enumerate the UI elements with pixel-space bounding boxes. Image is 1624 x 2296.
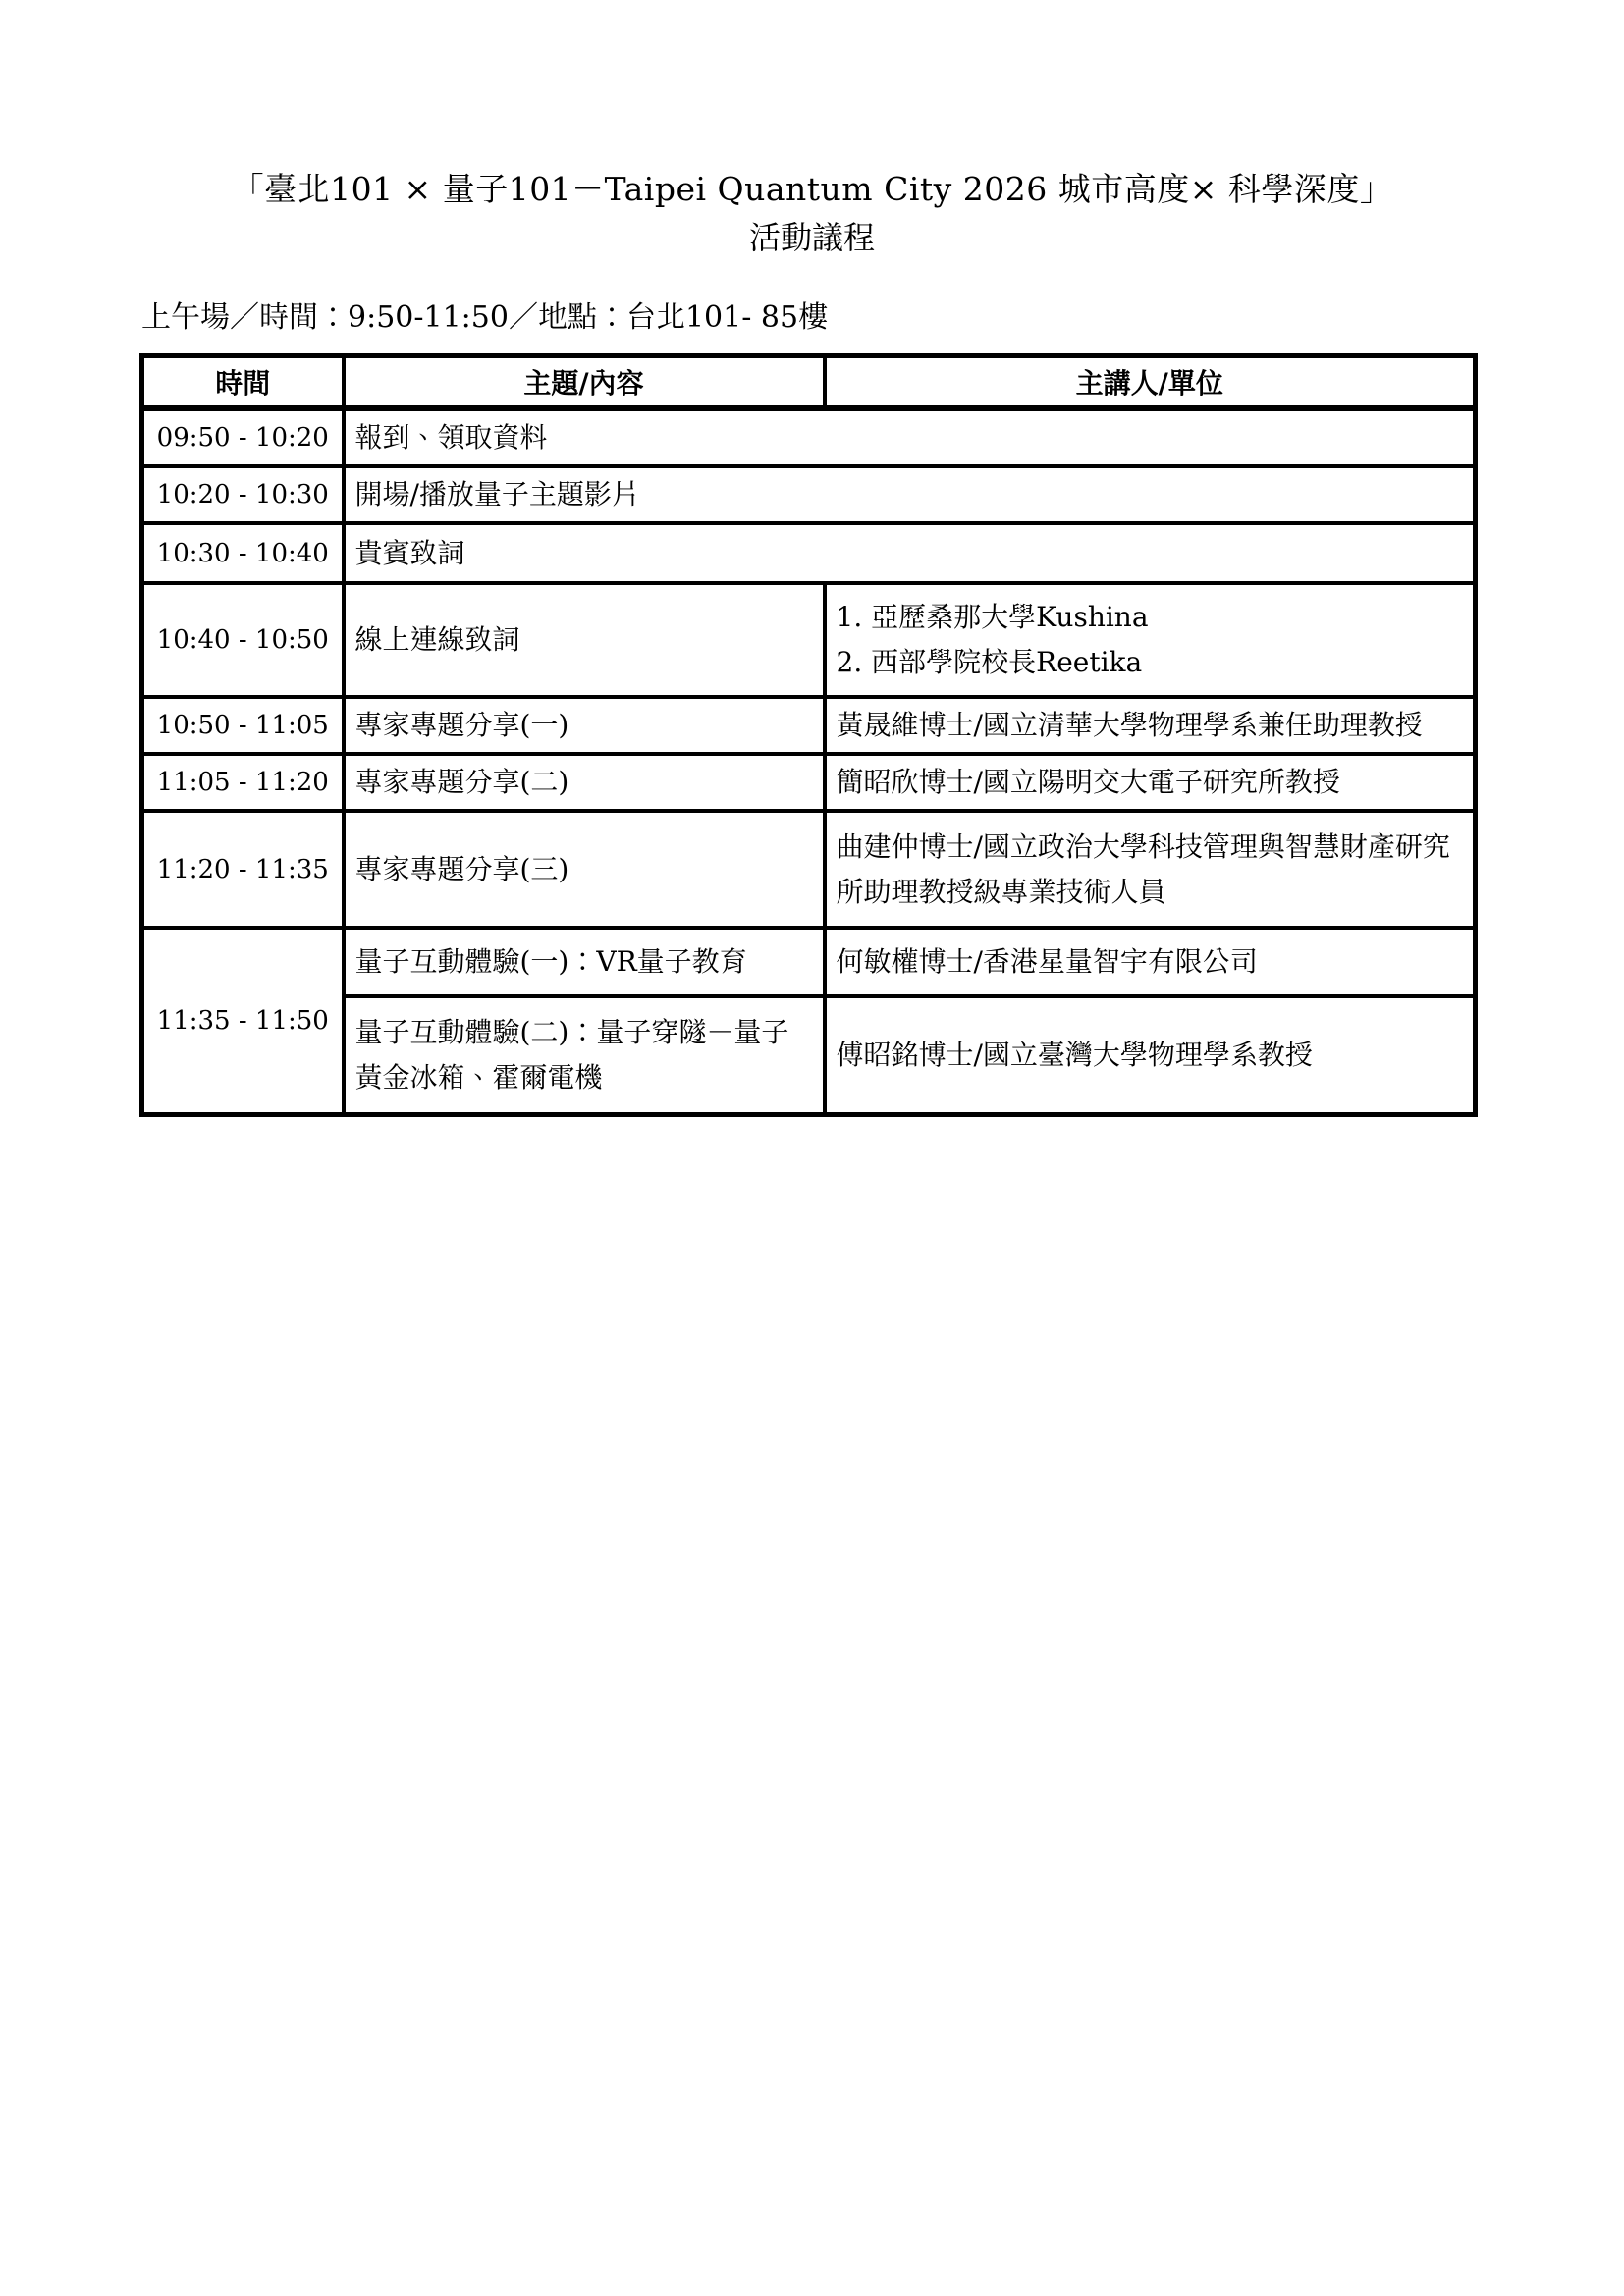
speaker-cell: 曲建仲博士/國立政治大學科技管理與智慧財產研究所助理教授級專業技術人員	[825, 811, 1476, 928]
speaker-cell: 傅昭銘博士/國立臺灣大學物理學系教授	[825, 996, 1476, 1114]
topic-cell: 線上連線致詞	[344, 583, 825, 697]
document-page: 「臺北101 × 量子101－Taipei Quantum City 2026 …	[0, 0, 1624, 2296]
topic-cell: 專家專題分享(一)	[344, 697, 825, 754]
speaker-cell: 黃晟維博士/國立清華大學物理學系兼任助理教授	[825, 697, 1476, 754]
speaker-cell: 何敏權博士/香港星量智宇有限公司	[825, 928, 1476, 996]
speaker-cell: 簡昭欣博士/國立陽明交大電子研究所教授	[825, 754, 1476, 811]
topic-cell: 貴賓致詞	[344, 523, 1476, 583]
page-subtitle: 活動議程	[0, 216, 1624, 259]
topic-cell: 專家專題分享(二)	[344, 754, 825, 811]
topic-cell: 量子互動體驗(二)：量子穿隧－量子黃金冰箱、霍爾電機	[344, 996, 825, 1114]
table-row: 10:40 - 10:50 線上連線致詞 1. 亞歷桑那大學Kushina 2.…	[142, 583, 1476, 697]
topic-cell: 量子互動體驗(一)：VR量子教育	[344, 928, 825, 996]
table-row: 10:20 - 10:30 開場/播放量子主題影片	[142, 466, 1476, 523]
table-row: 10:50 - 11:05 專家專題分享(一) 黃晟維博士/國立清華大學物理學系…	[142, 697, 1476, 754]
time-cell: 10:30 - 10:40	[142, 523, 344, 583]
table-row: 11:35 - 11:50 量子互動體驗(一)：VR量子教育 何敏權博士/香港星…	[142, 928, 1476, 996]
agenda-table: 時間 主題/內容 主講人/單位 09:50 - 10:20 報到、領取資料 10…	[139, 353, 1478, 1117]
table-row: 11:05 - 11:20 專家專題分享(二) 簡昭欣博士/國立陽明交大電子研究…	[142, 754, 1476, 811]
column-header-topic: 主題/內容	[344, 356, 825, 409]
time-cell: 09:50 - 10:20	[142, 408, 344, 466]
topic-cell: 專家專題分享(三)	[344, 811, 825, 928]
speaker-line-2: 2. 西部學院校長Reetika	[837, 640, 1464, 685]
time-cell: 10:20 - 10:30	[142, 466, 344, 523]
time-cell: 10:50 - 11:05	[142, 697, 344, 754]
speaker-cell: 1. 亞歷桑那大學Kushina 2. 西部學院校長Reetika	[825, 583, 1476, 697]
time-cell: 11:20 - 11:35	[142, 811, 344, 928]
table-row: 09:50 - 10:20 報到、領取資料	[142, 408, 1476, 466]
column-header-time: 時間	[142, 356, 344, 409]
speaker-line-1: 1. 亞歷桑那大學Kushina	[837, 595, 1464, 640]
table-header-row: 時間 主題/內容 主講人/單位	[142, 356, 1476, 409]
time-cell: 11:35 - 11:50	[142, 928, 344, 1114]
topic-cell: 報到、領取資料	[344, 408, 1476, 466]
title-block: 「臺北101 × 量子101－Taipei Quantum City 2026 …	[0, 0, 1624, 259]
time-cell: 10:40 - 10:50	[142, 583, 344, 697]
session-info: 上午場／時間：9:50-11:50／地點：台北101- 85樓	[141, 298, 1624, 338]
column-header-speaker: 主講人/單位	[825, 356, 1476, 409]
page-title: 「臺北101 × 量子101－Taipei Quantum City 2026 …	[0, 167, 1624, 212]
table-row: 10:30 - 10:40 貴賓致詞	[142, 523, 1476, 583]
topic-cell: 開場/播放量子主題影片	[344, 466, 1476, 523]
time-cell: 11:05 - 11:20	[142, 754, 344, 811]
table-row: 11:20 - 11:35 專家專題分享(三) 曲建仲博士/國立政治大學科技管理…	[142, 811, 1476, 928]
